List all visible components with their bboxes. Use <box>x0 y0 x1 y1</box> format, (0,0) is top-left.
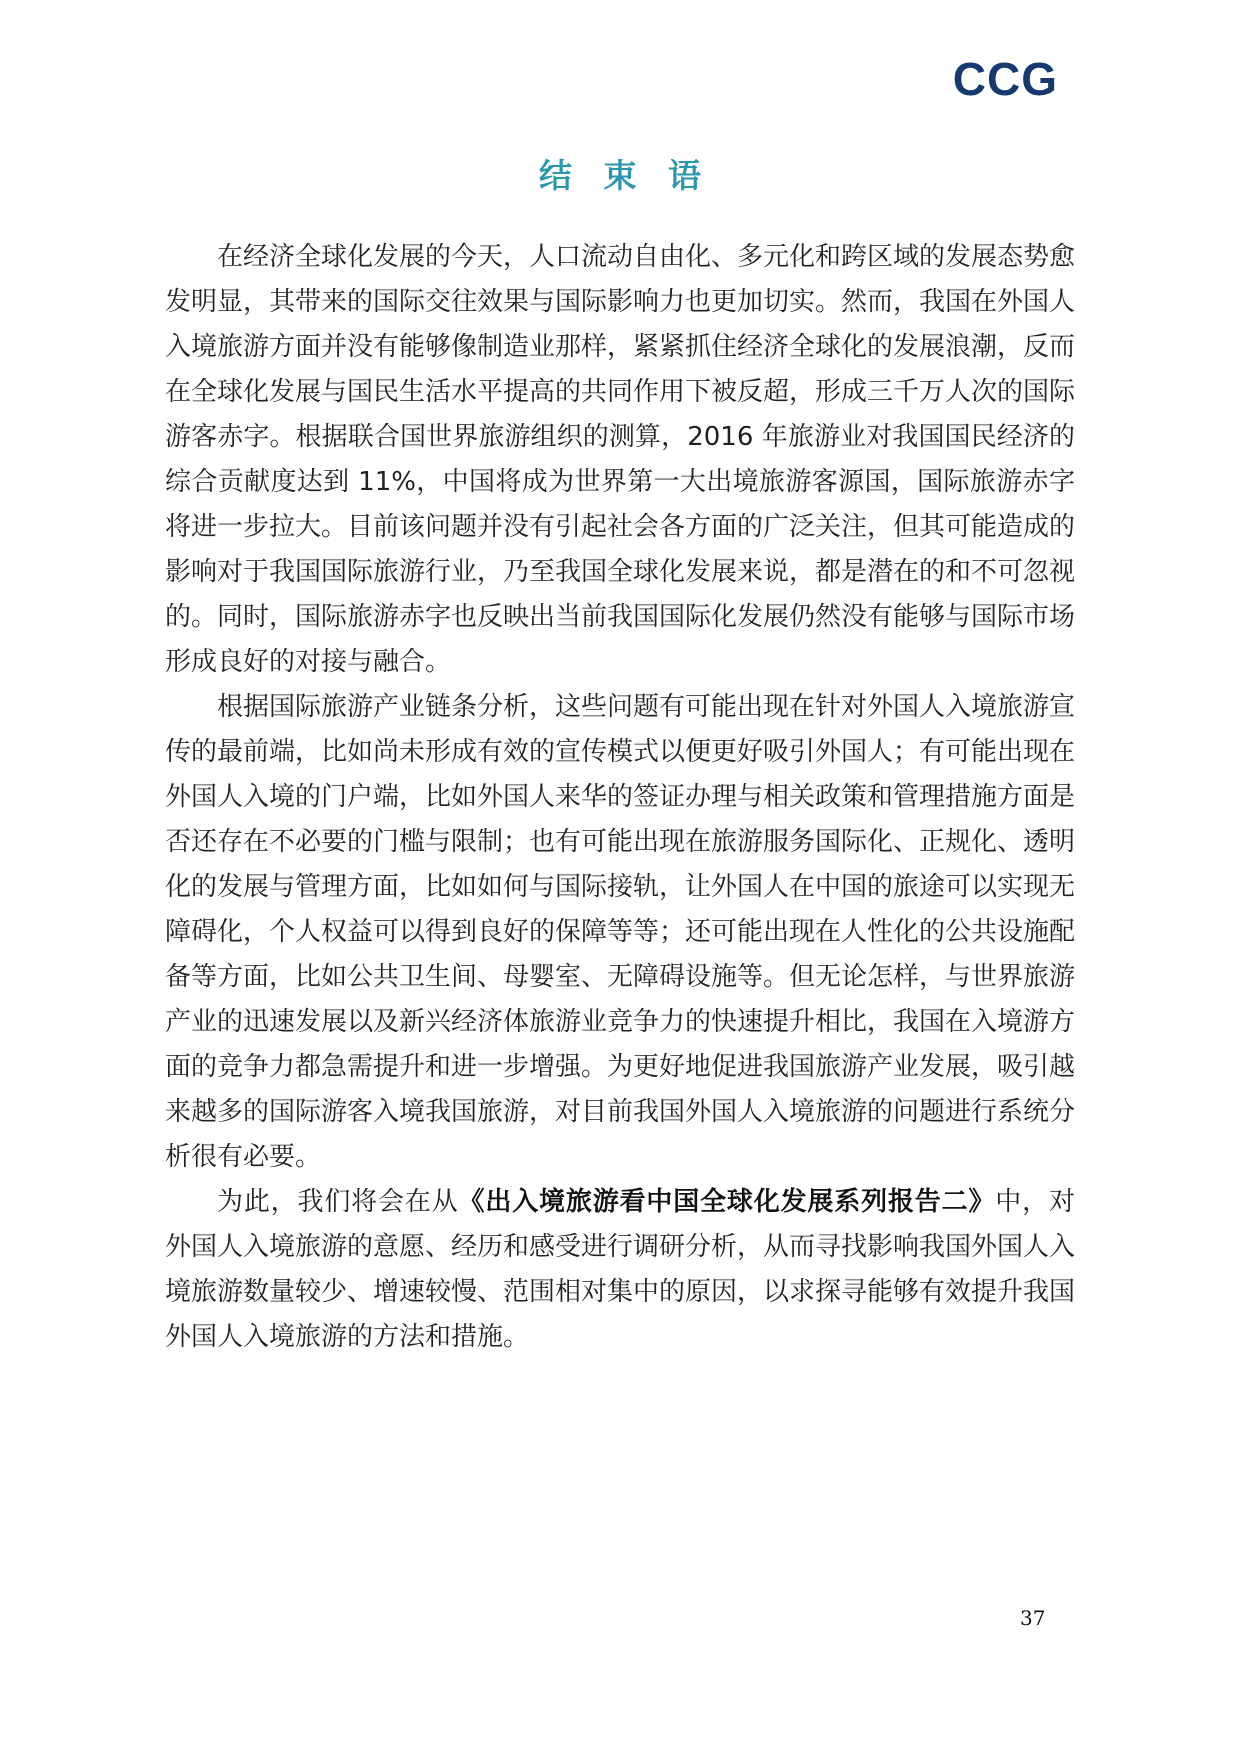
page-number: 37 <box>1020 1606 1045 1630</box>
paragraph-3: 为此，我们将会在从《出入境旅游看中国全球化发展系列报告二》中，对外国人入境旅游的… <box>165 1180 1075 1360</box>
body-text: 在经济全球化发展的今天，人口流动自由化、多元化和跨区域的发展态势愈发明显，其带来… <box>165 235 1075 1360</box>
report-title-bold: 《出入境旅游看中国全球化发展系列报告二》 <box>459 1187 996 1217</box>
paragraph-3-lead: 为此，我们将会在从 <box>217 1187 459 1217</box>
paragraph-1: 在经济全球化发展的今天，人口流动自由化、多元化和跨区域的发展态势愈发明显，其带来… <box>165 235 1075 685</box>
document-page: CCG 结 束 语 在经济全球化发展的今天，人口流动自由化、多元化和跨区域的发展… <box>0 0 1240 1754</box>
paragraph-2: 根据国际旅游产业链条分析，这些问题有可能出现在针对外国人入境旅游宣传的最前端，比… <box>165 685 1075 1180</box>
ccg-logo: CCG <box>953 52 1058 106</box>
